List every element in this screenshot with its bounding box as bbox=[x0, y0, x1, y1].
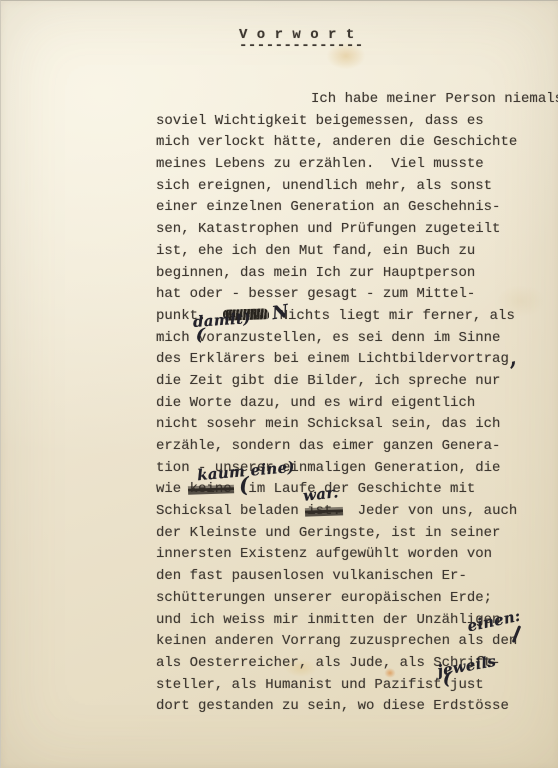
typed-text: des Erklärers bei einem Lichtbildervortr… bbox=[156, 351, 509, 367]
typed-line: keinen anderen Vorrang zuzusprechen als … bbox=[156, 631, 536, 653]
typed-line: des Erklärers bei einem Lichtbildervortr… bbox=[156, 349, 536, 371]
typed-text: meines Lebens zu erzählen. Viel musste bbox=[156, 156, 484, 172]
typed-text: beginnen, das mein Ich zur Hauptperson bbox=[156, 265, 475, 281]
handwritten-correction-war: war. bbox=[302, 483, 339, 505]
typed-line: den fast pausenlosen vulkanischen Er- bbox=[156, 566, 536, 588]
typed-line: die Zeit gibt die Bilder, ich spreche nu… bbox=[156, 371, 536, 393]
typed-line: ist, ehe ich den Mut fand, ein Buch zu bbox=[156, 241, 536, 263]
typed-text: sich ereignen, unendlich mehr, als sonst bbox=[156, 178, 492, 194]
typed-line: soviel Wichtigkeit beigemessen, dass es bbox=[156, 111, 536, 133]
typed-line: meines Lebens zu erzählen. Viel musste bbox=[156, 154, 536, 176]
typed-text: nicht sosehr mein Schicksal sein, das ic… bbox=[156, 416, 500, 432]
typed-text: erzähle, sondern das eimer ganzen Genera… bbox=[156, 438, 500, 454]
typed-line: erzähle, sondern das eimer ganzen Genera… bbox=[156, 436, 536, 458]
typed-line: der Kleinste und Geringste, ist in seine… bbox=[156, 523, 536, 545]
typed-line: schütterungen unserer europäischen Erde; bbox=[156, 588, 536, 610]
handwritten-paren-before-im-laufe: ( bbox=[238, 472, 250, 498]
typed-line: hat oder - besser gesagt - zum Mittel- bbox=[156, 284, 536, 306]
typed-text: wie bbox=[156, 481, 190, 497]
typed-text: mich voranzustellen, es sei denn im Sinn… bbox=[156, 330, 500, 346]
typed-text: ist, ehe ich den Mut fand, ein Buch zu bbox=[156, 243, 475, 259]
typed-text: Nichts liegt mir ferner, als bbox=[271, 308, 515, 324]
crossed-out-word: ist. bbox=[307, 503, 341, 519]
typed-line: Ich habe meiner Person niemals bbox=[156, 89, 536, 111]
typed-line: beginnen, das mein Ich zur Hauptperson bbox=[156, 263, 536, 285]
typed-text: die Zeit gibt die Bilder, ich spreche nu… bbox=[156, 373, 500, 389]
typed-text: keinen anderen Vorrang zuzusprechen als … bbox=[156, 633, 517, 649]
manuscript-page: V o r w o r t -------------- Ich habe me… bbox=[0, 0, 558, 768]
typed-text: und ich weiss mir inmitten der Unzählige… bbox=[156, 612, 500, 628]
title-underline: -------------- bbox=[239, 38, 364, 54]
typed-text: die Worte dazu, und es wird eigentlich bbox=[156, 395, 475, 411]
typed-line: mich verlockt hätte, anderen die Geschic… bbox=[156, 132, 536, 154]
typed-line: dort gestanden zu sein, wo diese Erdstös… bbox=[156, 696, 536, 718]
typed-text: innersten Existenz aufgewühlt worden von bbox=[156, 546, 492, 562]
typed-text: mich verlockt hätte, anderen die Geschic… bbox=[156, 134, 517, 150]
typed-line: sich ereignen, unendlich mehr, als sonst bbox=[156, 176, 536, 198]
typed-line: steller, als Humanist und Pazifist just bbox=[156, 675, 536, 697]
typed-text: sen, Katastrophen und Prüfungen zugeteil… bbox=[156, 221, 500, 237]
typed-text: hat oder - besser gesagt - zum Mittel- bbox=[156, 286, 475, 302]
handwritten-capital-n-overstrike: N bbox=[270, 301, 290, 324]
typed-text: schütterungen unserer europäischen Erde; bbox=[156, 590, 492, 606]
typed-line: sen, Katastrophen und Prüfungen zugeteil… bbox=[156, 219, 536, 241]
typed-line: einer einzelnen Generation an Geschehnis… bbox=[156, 197, 536, 219]
typed-text: Jeder von uns, auch bbox=[341, 503, 517, 519]
typed-text: Ich habe meiner Person niemals bbox=[311, 91, 558, 107]
typed-text: steller, als Humanist und Pazifist just bbox=[156, 677, 484, 693]
crossed-out-word: keine bbox=[190, 481, 232, 497]
typed-line: nicht sosehr mein Schicksal sein, das ic… bbox=[156, 414, 536, 436]
typed-line: mich voranzustellen, es sei denn im Sinn… bbox=[156, 328, 536, 350]
handwritten-paren-before-just: ( bbox=[442, 668, 452, 690]
typed-text: soviel Wichtigkeit beigemessen, dass es bbox=[156, 113, 484, 129]
typed-text: der Kleinste und Geringste, ist in seine… bbox=[156, 525, 500, 541]
typed-line: innersten Existenz aufgewühlt worden von bbox=[156, 544, 536, 566]
typed-line: Schicksal beladen ist. Jeder von uns, au… bbox=[156, 501, 536, 523]
typed-line: die Worte dazu, und es wird eigentlich bbox=[156, 393, 536, 415]
typed-text: im Laufe der Geschichte mit bbox=[232, 481, 476, 497]
typed-text: Schicksal beladen bbox=[156, 503, 307, 519]
typed-text: einer einzelnen Generation an Geschehnis… bbox=[156, 199, 500, 215]
typed-text: dort gestanden zu sein, wo diese Erdstös… bbox=[156, 698, 509, 714]
typed-text: den fast pausenlosen vulkanischen Er- bbox=[156, 568, 467, 584]
